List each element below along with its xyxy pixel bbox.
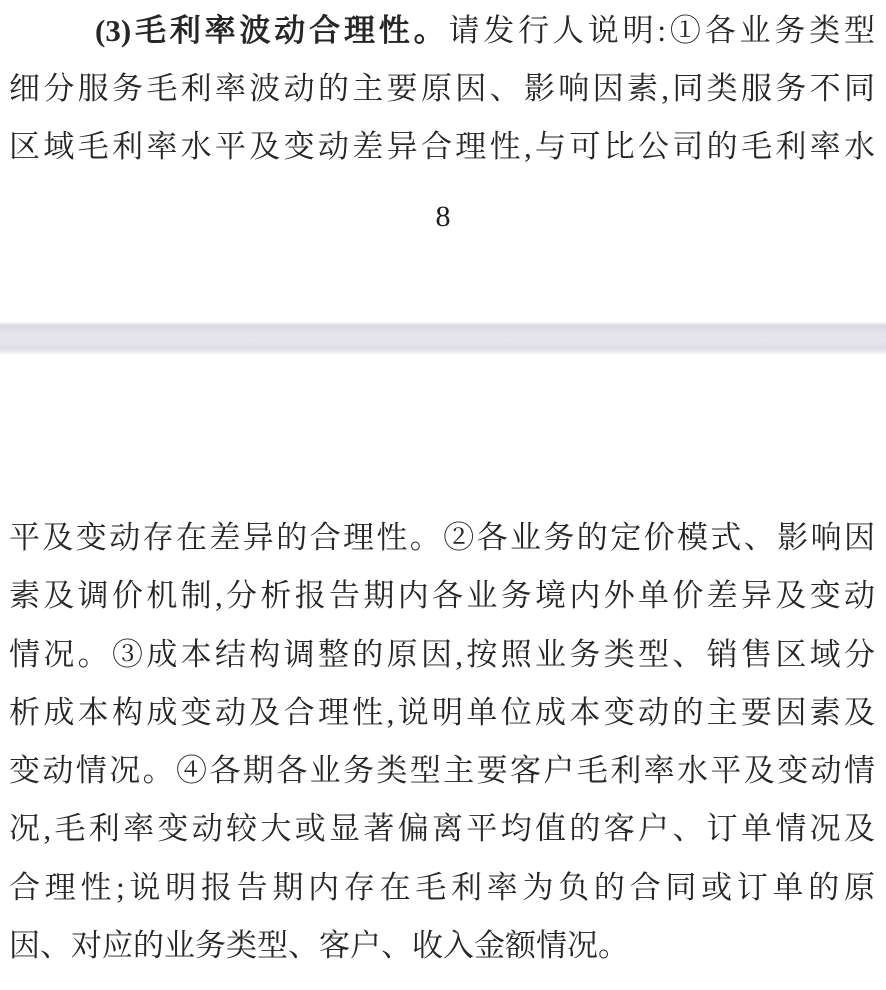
- paragraph-line: 变动情况。④各期各业务类型主要客户毛利率水平及变动情: [9, 742, 875, 800]
- paragraph-line: 况,毛利率变动较大或显著偏离平均值的客户、订单情况及: [9, 800, 875, 858]
- page-break-divider: [0, 322, 886, 355]
- paragraph-line: 素及调价机制,分析报告期内各业务境内外单价差异及变动: [9, 567, 875, 625]
- paragraph-line: 情况。③成本结构调整的原因,按照业务类型、销售区域分: [9, 626, 875, 684]
- page-number: 8: [0, 191, 886, 243]
- section-heading: (3)毛利率波动合理性。: [95, 13, 448, 48]
- page-8-text-fragment: (3)毛利率波动合理性。请发行人说明:①各业务类型 细分服务毛利率波动的主要原因…: [9, 2, 875, 176]
- paragraph-line: 析成本构成变动及合理性,说明单位成本变动的主要因素及: [9, 684, 875, 742]
- paragraph-line: 平及变动存在差异的合理性。②各业务的定价模式、影响因: [9, 509, 875, 567]
- paragraph-text: 请发行人说明:①各业务类型: [448, 13, 875, 48]
- document-page-view: (3)毛利率波动合理性。请发行人说明:①各业务类型 细分服务毛利率波动的主要原因…: [0, 0, 886, 990]
- paragraph-line: 区域毛利率水平及变动差异合理性,与可比公司的毛利率水: [9, 118, 875, 176]
- paragraph-line: 细分服务毛利率波动的主要原因、影响因素,同类服务不同: [9, 60, 875, 118]
- paragraph-line: 合理性;说明报告期内存在毛利率为负的合同或订单的原: [9, 859, 875, 917]
- paragraph-line: 因、对应的业务类型、客户、收入金额情况。: [9, 917, 875, 975]
- paragraph-line: (3)毛利率波动合理性。请发行人说明:①各业务类型: [9, 2, 875, 60]
- page-9-text-fragment: 平及变动存在差异的合理性。②各业务的定价模式、影响因 素及调价机制,分析报告期内…: [9, 509, 875, 975]
